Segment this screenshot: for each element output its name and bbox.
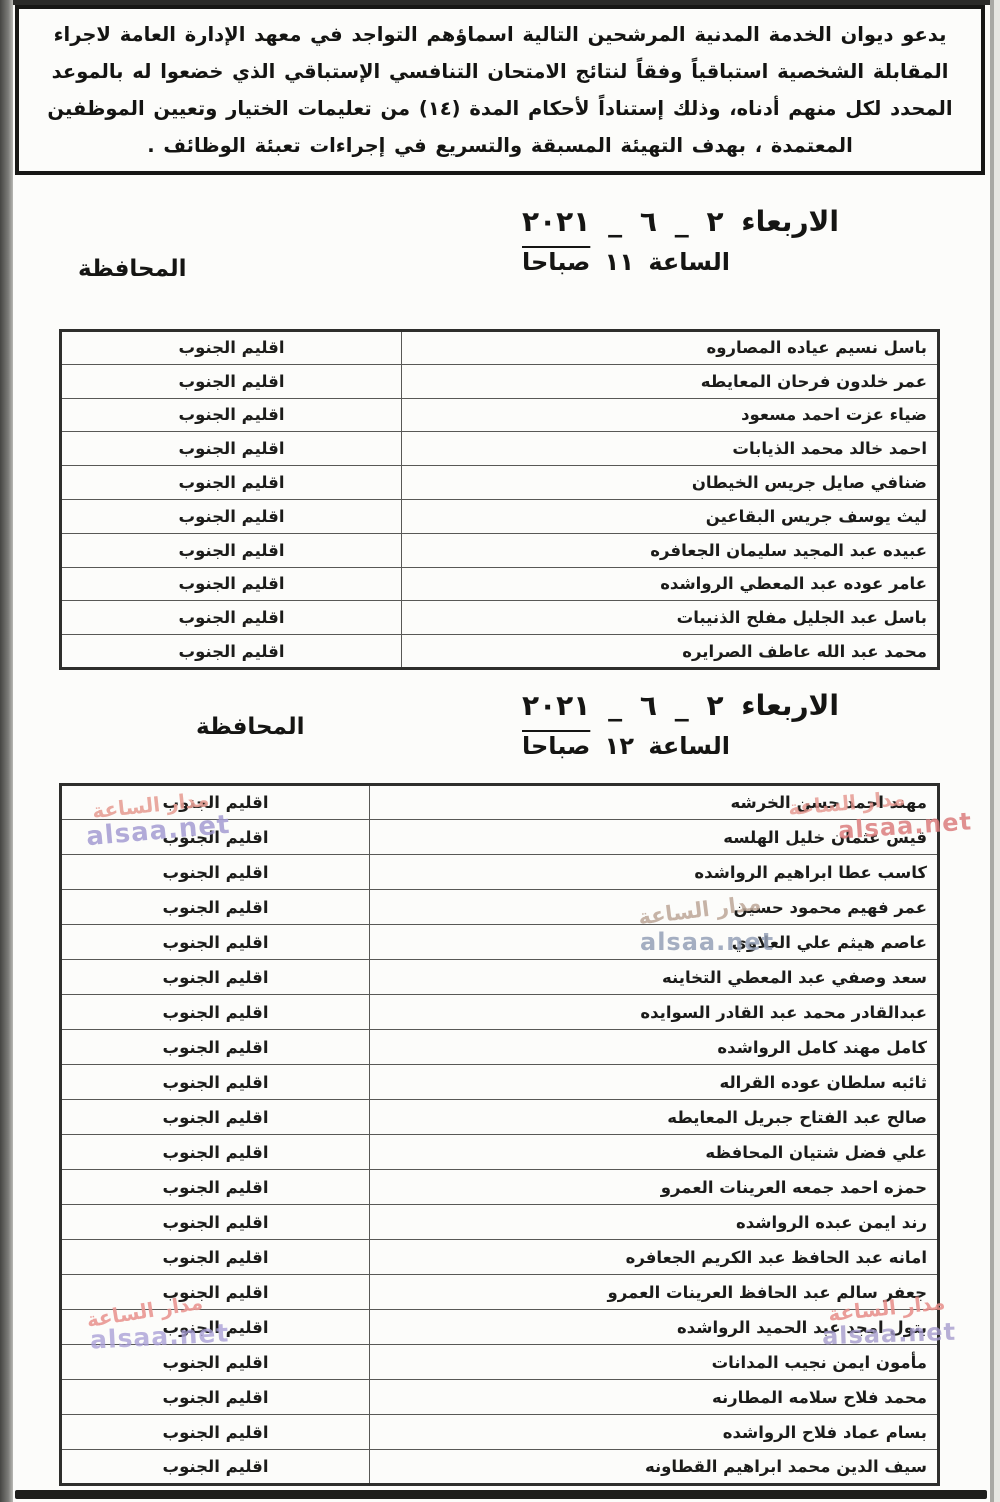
candidate-name: كامل مهند كامل الرواشده <box>370 1030 939 1065</box>
candidate-name: ثائبه سلطان عوده القراله <box>370 1065 939 1100</box>
table-row: باسل عبد الجليل مفلح الذنيبات اقليم الجن… <box>61 601 939 635</box>
governorate-value: اقليم الجنوب <box>61 1065 370 1100</box>
intro-line: المقابلة الشخصية استباقياً وفقاً لنتائج … <box>19 53 981 90</box>
governorate-value: اقليم الجنوب <box>61 855 370 890</box>
table-row: جعفر سالم عبد الحافظ العرينات العمرو اقل… <box>61 1275 939 1310</box>
table-row: عاصم هيثم علي العلاوي اقليم الجنوب <box>61 925 939 960</box>
table-row: محمد عبد الله عاطف الصرايره اقليم الجنوب <box>61 635 939 669</box>
scan-edge-right <box>990 0 994 1502</box>
table-row: ضياء عزت احمد مسعود اقليم الجنوب <box>61 398 939 432</box>
candidate-name: علي فضل شتيان المحافظه <box>370 1135 939 1170</box>
governorate-value: اقليم الجنوب <box>61 1415 370 1450</box>
session-1-time-ampm: صباحا <box>522 248 590 276</box>
scanned-document-page: يدعو ديوان الخدمة المدنية المرشحين التال… <box>0 0 1000 1502</box>
candidate-name: بتول امجد عبد الحميد الرواشده <box>370 1310 939 1345</box>
session-1-time: الساعة ١١ صباحا <box>522 245 947 279</box>
candidate-name: سيف الدين محمد ابراهيم القطاونه <box>370 1450 939 1485</box>
governorate-value: اقليم الجنوب <box>61 1240 370 1275</box>
governorate-value: اقليم الجنوب <box>61 995 370 1030</box>
governorate-value: اقليم الجنوب <box>61 960 370 995</box>
governorate-value: اقليم الجنوب <box>61 466 402 500</box>
session-2-time-ampm: صباحا <box>522 732 590 760</box>
table-row: بسام عماد فلاح الرواشده اقليم الجنوب <box>61 1415 939 1450</box>
governorate-value: اقليم الجنوب <box>61 1030 370 1065</box>
session-2-table-body: مهند احمد حسن الخرشه اقليم الجنوب قيس عث… <box>61 785 939 1485</box>
candidate-name: حمزه احمد جمعه العرينات العمرو <box>370 1170 939 1205</box>
table-row: قيس عثمان خليل الهلسه اقليم الجنوب <box>61 820 939 855</box>
candidate-name: عمر فهيم محمود حسين <box>370 890 939 925</box>
table-row: عمر خلدون فرحان المعايطه اقليم الجنوب <box>61 364 939 398</box>
candidate-name: محمد عبد الله عاطف الصرايره <box>402 635 939 669</box>
governorate-value: اقليم الجنوب <box>61 364 402 398</box>
table-row: ثائبه سلطان عوده القراله اقليم الجنوب <box>61 1065 939 1100</box>
governorate-value: اقليم الجنوب <box>61 1450 370 1485</box>
candidate-name: عبدالقادر محمد عبد القادر السوايده <box>370 995 939 1030</box>
governorate-value: اقليم الجنوب <box>61 1205 370 1240</box>
governorate-value: اقليم الجنوب <box>61 890 370 925</box>
candidate-name: امانه عبد الحافظ عبد الكريم الجعافره <box>370 1240 939 1275</box>
candidate-name: عبيده عبد المجيد سليمان الجعافره <box>402 533 939 567</box>
scan-edge-bottom-bar <box>15 1490 987 1499</box>
table-row: رند ايمن عبده الرواشده اقليم الجنوب <box>61 1205 939 1240</box>
table-row: باسل نسيم عياده المصاروه اقليم الجنوب <box>61 331 939 365</box>
session-2-header: الاربعاء ٢ _ ٦ _ ٢٠٢١ الساعة ١٢ صباحا <box>522 686 947 763</box>
table-row: ليث يوسف جريس البقاعين اقليم الجنوب <box>61 499 939 533</box>
governorate-value: اقليم الجنوب <box>61 1170 370 1205</box>
candidate-name: باسل عبد الجليل مفلح الذنيبات <box>402 601 939 635</box>
table-row: كاسب عطا ابراهيم الرواشده اقليم الجنوب <box>61 855 939 890</box>
table-row: عبدالقادر محمد عبد القادر السوايده اقليم… <box>61 995 939 1030</box>
candidate-name: مأمون ايمن نجيب المدانات <box>370 1345 939 1380</box>
governorate-value: اقليم الجنوب <box>61 1380 370 1415</box>
candidate-name: ضنافي صايل جريس الخيطان <box>402 466 939 500</box>
intro-line: المحدد لكل منهم أدناه، وذلك إستناداً لأح… <box>19 90 981 127</box>
scan-edge-right-pad <box>994 0 1000 1502</box>
intro-paragraph-box: يدعو ديوان الخدمة المدنية المرشحين التال… <box>15 5 985 175</box>
scan-edge-top <box>0 0 994 5</box>
table-row: مأمون ايمن نجيب المدانات اقليم الجنوب <box>61 1345 939 1380</box>
session-1-table: باسل نسيم عياده المصاروه اقليم الجنوب عم… <box>59 329 940 670</box>
session-2-time: الساعة ١٢ صباحا <box>522 729 947 763</box>
governorate-value: اقليم الجنوب <box>61 499 402 533</box>
table-row: كامل مهند كامل الرواشده اقليم الجنوب <box>61 1030 939 1065</box>
candidate-name: احمد خالد محمد الذيابات <box>402 432 939 466</box>
governorate-value: اقليم الجنوب <box>61 567 402 601</box>
table-row: حمزه احمد جمعه العرينات العمرو اقليم الج… <box>61 1170 939 1205</box>
session-2-date: الاربعاء ٢ _ ٦ _ ٢٠٢١ <box>522 686 947 726</box>
governorate-value: اقليم الجنوب <box>61 785 370 820</box>
candidate-name: جعفر سالم عبد الحافظ العرينات العمرو <box>370 1275 939 1310</box>
session-2-time-text: الساعة ١٢ <box>605 732 730 760</box>
session-2-table: مهند احمد حسن الخرشه اقليم الجنوب قيس عث… <box>59 783 940 1486</box>
table-row: سعد وصفي عبد المعطي التخاينه اقليم الجنو… <box>61 960 939 995</box>
candidate-name: ليث يوسف جريس البقاعين <box>402 499 939 533</box>
table-row: بتول امجد عبد الحميد الرواشده اقليم الجن… <box>61 1310 939 1345</box>
candidate-name: باسل نسيم عياده المصاروه <box>402 331 939 365</box>
candidate-name: عمر خلدون فرحان المعايطه <box>402 364 939 398</box>
table-row: احمد خالد محمد الذيابات اقليم الجنوب <box>61 432 939 466</box>
candidate-name: بسام عماد فلاح الرواشده <box>370 1415 939 1450</box>
candidate-name: قيس عثمان خليل الهلسه <box>370 820 939 855</box>
table-row: سيف الدين محمد ابراهيم القطاونه اقليم ال… <box>61 1450 939 1485</box>
governorate-value: اقليم الجنوب <box>61 533 402 567</box>
candidate-name: مهند احمد حسن الخرشه <box>370 785 939 820</box>
governorate-value: اقليم الجنوب <box>61 601 402 635</box>
session-1-time-text: الساعة ١١ <box>605 248 730 276</box>
session-1-header: الاربعاء ٢ _ ٦ _ ٢٠٢١ الساعة ١١ صباحا <box>522 202 947 279</box>
governorate-value: اقليم الجنوب <box>61 331 402 365</box>
governorate-value: اقليم الجنوب <box>61 635 402 669</box>
table-row: عمر فهيم محمود حسين اقليم الجنوب <box>61 890 939 925</box>
table-row: ضنافي صايل جريس الخيطان اقليم الجنوب <box>61 466 939 500</box>
candidate-name: كاسب عطا ابراهيم الرواشده <box>370 855 939 890</box>
table-row: عبيده عبد المجيد سليمان الجعافره اقليم ا… <box>61 533 939 567</box>
candidate-name: عاصم هيثم علي العلاوي <box>370 925 939 960</box>
candidate-name: محمد فلاح سلامه المطارنه <box>370 1380 939 1415</box>
table-row: محمد فلاح سلامه المطارنه اقليم الجنوب <box>61 1380 939 1415</box>
session-1-governorate-label: المحافظة <box>78 256 187 282</box>
candidate-name: ضياء عزت احمد مسعود <box>402 398 939 432</box>
governorate-value: اقليم الجنوب <box>61 820 370 855</box>
table-row: مهند احمد حسن الخرشه اقليم الجنوب <box>61 785 939 820</box>
table-row: عامر عوده عبد المعطي الرواشده اقليم الجن… <box>61 567 939 601</box>
session-1-date: الاربعاء ٢ _ ٦ _ ٢٠٢١ <box>522 202 947 242</box>
governorate-value: اقليم الجنوب <box>61 432 402 466</box>
candidate-name: صالح عبد الفتاح جبريل المعايطه <box>370 1100 939 1135</box>
table-row: صالح عبد الفتاح جبريل المعايطه اقليم الج… <box>61 1100 939 1135</box>
governorate-value: اقليم الجنوب <box>61 398 402 432</box>
session-1-table-body: باسل نسيم عياده المصاروه اقليم الجنوب عم… <box>61 331 939 669</box>
governorate-value: اقليم الجنوب <box>61 1100 370 1135</box>
governorate-value: اقليم الجنوب <box>61 925 370 960</box>
scan-edge-left <box>0 0 13 1502</box>
intro-line: المعتمدة ، بهدف التهيئة المسبقة والتسريع… <box>19 127 981 164</box>
governorate-value: اقليم الجنوب <box>61 1310 370 1345</box>
candidate-name: عامر عوده عبد المعطي الرواشده <box>402 567 939 601</box>
governorate-value: اقليم الجنوب <box>61 1345 370 1380</box>
governorate-value: اقليم الجنوب <box>61 1275 370 1310</box>
candidate-name: رند ايمن عبده الرواشده <box>370 1205 939 1240</box>
table-row: امانه عبد الحافظ عبد الكريم الجعافره اقل… <box>61 1240 939 1275</box>
session-2-governorate-label: المحافظة <box>196 714 305 740</box>
intro-line: يدعو ديوان الخدمة المدنية المرشحين التال… <box>19 16 981 53</box>
table-row: علي فضل شتيان المحافظه اقليم الجنوب <box>61 1135 939 1170</box>
candidate-name: سعد وصفي عبد المعطي التخاينه <box>370 960 939 995</box>
governorate-value: اقليم الجنوب <box>61 1135 370 1170</box>
